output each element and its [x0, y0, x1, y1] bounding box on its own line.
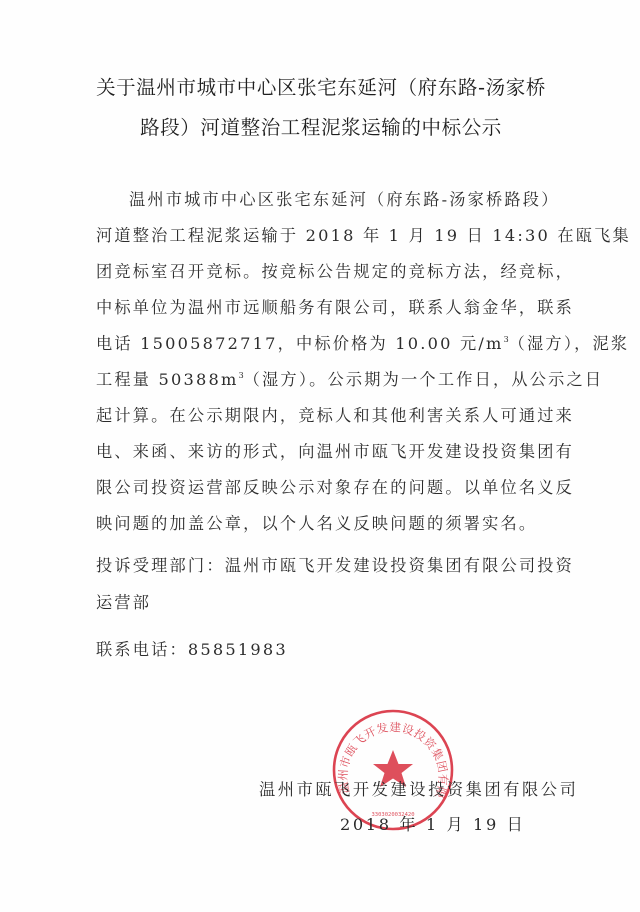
body-line-8: 电、来函、来访的形式，向温州市瓯飞开发建设投资集团有: [96, 438, 574, 462]
document-title: 关于温州市城市中心区张宅东延河（府东路-汤家桥 路段）河道整治工程泥浆运输的中标…: [96, 68, 546, 148]
price-text: 电话 15005872717，中标价格为 10.00 元/m: [96, 334, 504, 353]
body-line-3: 团竞标室召开竞标。按竞标公告规定的竞标方法，经竞标，: [96, 258, 574, 282]
body-line-6: 工程量 50388m3（湿方）。公示期为一个工作日，从公示之日: [96, 366, 603, 390]
signature-date: 2018 年 1 月 19 日: [340, 811, 525, 835]
document-page: 关于温州市城市中心区张宅东延河（府东路-汤家桥 路段）河道整治工程泥浆运输的中标…: [0, 0, 640, 912]
title-line-1: 关于温州市城市中心区张宅东延河（府东路-汤家桥: [96, 68, 546, 108]
body-line-4: 中标单位为温州市远顺船务有限公司，联系人翁金华，联系: [96, 294, 574, 318]
title-line-2: 路段）河道整治工程泥浆运输的中标公示: [96, 108, 546, 148]
body-line-7: 起计算。在公示期限内，竞标人和其他利害关系人可通过来: [96, 402, 574, 426]
complaint-line-1: 投诉受理部门：温州市瓯飞开发建设投资集团有限公司投资: [96, 552, 574, 576]
signature-organization: 温州市瓯飞开发建设投资集团有限公司: [259, 776, 578, 800]
quantity-text: 工程量 50388m: [96, 370, 239, 389]
body-line-5: 电话 15005872717，中标价格为 10.00 元/m3（湿方），泥浆: [96, 330, 629, 354]
body-line-2: 河道整治工程泥浆运输于 2018 年 1 月 19 日 14:30 在瓯飞集: [96, 222, 631, 246]
complaint-line-2: 运营部: [96, 589, 151, 613]
body-line-1: 温州市城市中心区张宅东延河（府东路-汤家桥路段）: [129, 186, 560, 210]
price-text-tail: （湿方），泥浆: [509, 334, 630, 353]
quantity-text-tail: （湿方）。公示期为一个工作日，从公示之日: [244, 370, 604, 389]
body-line-9: 限公司投资运营部反映公示对象存在的问题。以单位名义反: [96, 474, 574, 498]
contact-phone: 联系电话：85851983: [96, 636, 288, 660]
body-line-10: 映问题的加盖公章，以个人名义反映问题的须署实名。: [96, 510, 537, 534]
